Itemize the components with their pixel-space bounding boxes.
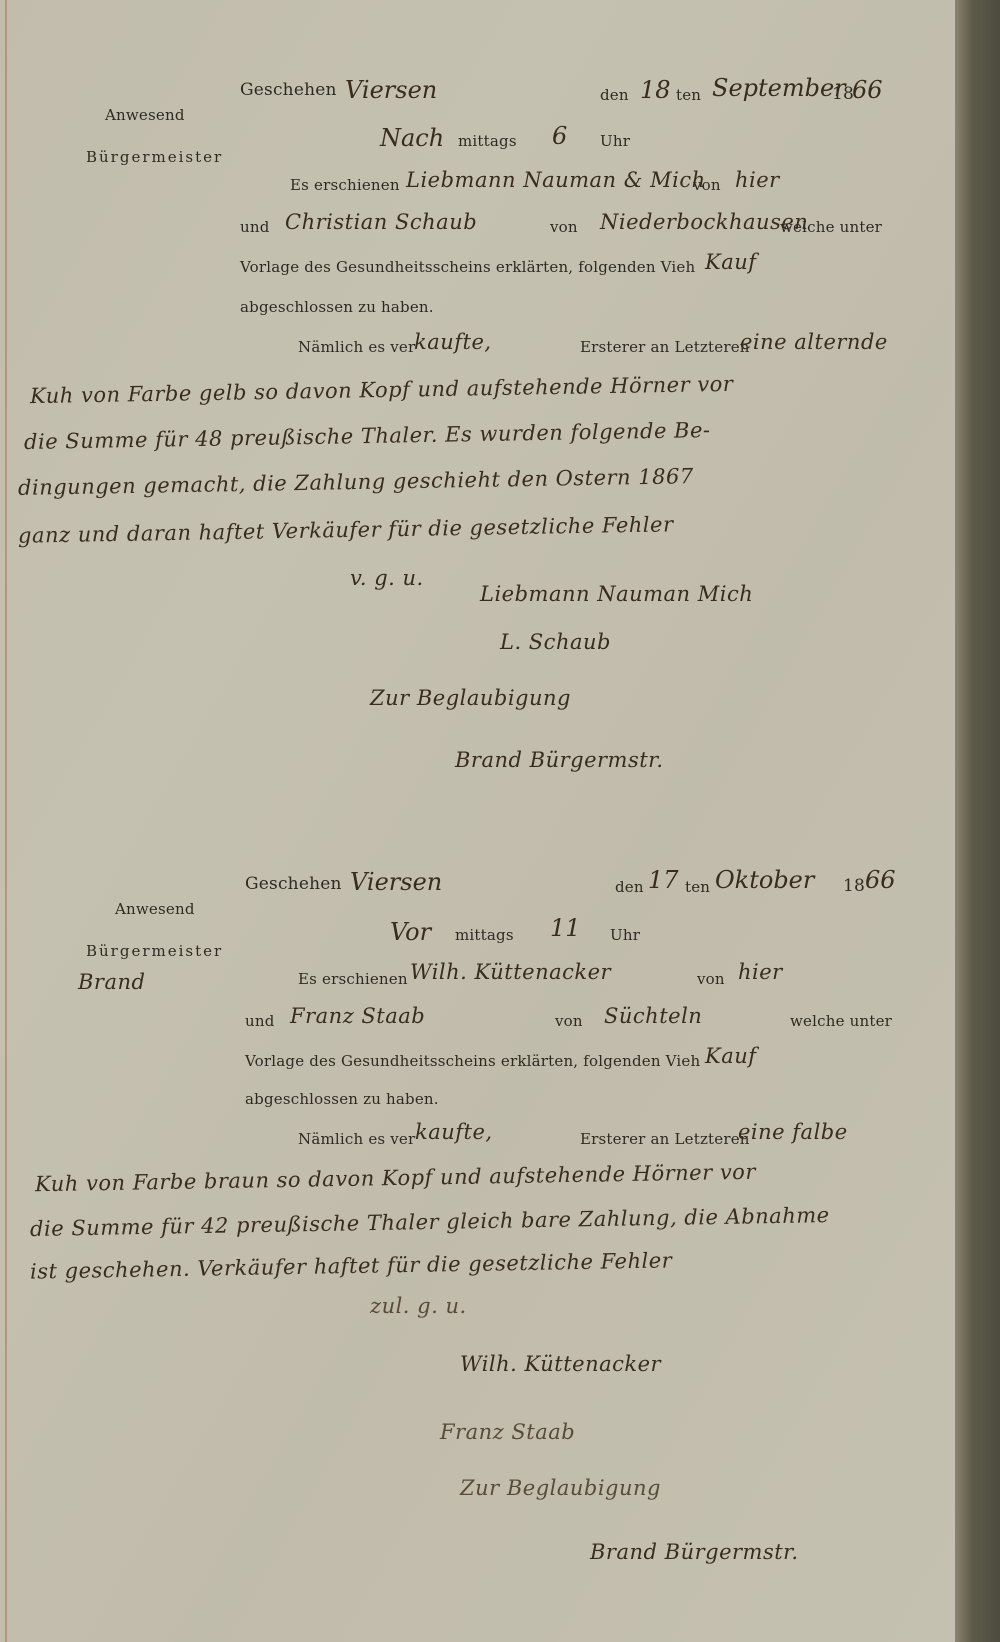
detail-line-2: die Summe für 42 preußische Thaler gleic… — [30, 1203, 830, 1241]
hour-label: Uhr — [600, 132, 630, 150]
signature-seller: Wilh. Küttenacker — [460, 1352, 661, 1376]
declaration-line-2: abgeschlossen zu haben. — [245, 1090, 439, 1108]
time-period-handwritten: Nach — [380, 124, 444, 152]
mayor-label: Bürgermeister — [86, 942, 223, 960]
day-suffix: ten — [676, 86, 701, 104]
certification-label: Zur Beglaubigung — [460, 1476, 661, 1500]
appeared-label: Es erschienen — [298, 970, 408, 988]
mayor-label: Bürgermeister — [86, 148, 223, 166]
direction-label: Ersterer an Letzteren — [580, 1130, 750, 1148]
year-printed: 18 — [832, 84, 854, 104]
document-page: Anwesend Bürgermeister Geschehen Viersen… — [0, 0, 955, 1642]
detail-line-3: ist geschehen. Verkäufer haftet für die … — [30, 1248, 673, 1283]
year-handwritten: 66 — [865, 866, 896, 894]
seller-from-label: von — [697, 970, 725, 988]
declaration-line-1: Vorlage des Gesundheitsscheins erklärten… — [240, 258, 695, 276]
namely-label: Nämlich es ver — [298, 338, 415, 356]
time-period-printed: mittags — [455, 926, 514, 944]
animal-handwritten: eine alternde — [740, 330, 888, 354]
signature-seller: Liebmann Nauman Mich — [480, 582, 753, 606]
closing-formula: v. g. u. — [350, 566, 424, 590]
month-handwritten: September — [712, 74, 846, 102]
seller-name-handwritten: Liebmann Nauman & Mich — [406, 168, 706, 192]
seller-place-handwritten: hier — [735, 168, 780, 192]
year-printed: 18 — [843, 876, 865, 896]
verb-handwritten: kaufte, — [415, 1120, 493, 1144]
verb-handwritten: kaufte, — [414, 330, 492, 354]
which-label: welche unter — [790, 1012, 892, 1030]
and-label: und — [245, 1012, 275, 1030]
place-handwritten: Viersen — [350, 868, 442, 896]
direction-label: Ersterer an Letzteren — [580, 338, 750, 356]
time-period-printed: mittags — [458, 132, 517, 150]
place-handwritten: Viersen — [345, 76, 437, 104]
day-prefix: den — [600, 86, 629, 104]
buyer-from-label: von — [555, 1012, 583, 1030]
seller-place-handwritten: hier — [738, 960, 783, 984]
declaration-line-2: abgeschlossen zu haben. — [240, 298, 434, 316]
done-label: Geschehen — [240, 80, 337, 100]
signature-buyer: L. Schaub — [500, 630, 611, 654]
signature-buyer: Franz Staab — [440, 1420, 575, 1444]
present-label: Anwesend — [105, 106, 185, 124]
book-binding-edge — [955, 0, 1000, 1642]
and-label: und — [240, 218, 270, 236]
signature-mayor: Brand Bürgermstr. — [455, 748, 664, 772]
hour-handwritten: 6 — [552, 122, 567, 150]
day-handwritten: 18 — [640, 76, 671, 104]
declaration-line-1: Vorlage des Gesundheitsscheins erklärten… — [245, 1052, 700, 1070]
day-prefix: den — [615, 878, 644, 896]
buyer-place-handwritten: Niederbockhausen — [600, 210, 808, 234]
certification-label: Zur Beglaubigung — [370, 686, 571, 710]
day-suffix: ten — [685, 878, 710, 896]
hour-label: Uhr — [610, 926, 640, 944]
seller-from-label: von — [693, 176, 721, 194]
buyer-name-handwritten: Franz Staab — [290, 1004, 425, 1028]
which-label: welche unter — [780, 218, 882, 236]
signature-mayor: Brand Bürgermstr. — [590, 1540, 799, 1564]
animal-handwritten: eine falbe — [738, 1120, 848, 1144]
buyer-place-handwritten: Süchteln — [604, 1004, 702, 1028]
month-handwritten: Oktober — [715, 866, 814, 894]
closing-formula: zul. g. u. — [370, 1294, 467, 1318]
buyer-from-label: von — [550, 218, 578, 236]
transaction-type-handwritten: Kauf — [705, 250, 757, 274]
transaction-type-handwritten: Kauf — [705, 1044, 757, 1068]
detail-line-1: Kuh von Farbe gelb so davon Kopf und auf… — [30, 372, 734, 408]
detail-line-2: die Summe für 48 preußische Thaler. Es w… — [24, 418, 711, 454]
done-label: Geschehen — [245, 874, 342, 894]
hour-handwritten: 11 — [550, 914, 581, 942]
detail-line-4: ganz und daran haftet Verkäufer für die … — [18, 512, 674, 547]
day-handwritten: 17 — [648, 866, 679, 894]
namely-label: Nämlich es ver — [298, 1130, 415, 1148]
mayor-name-handwritten: Brand — [78, 970, 145, 994]
year-handwritten: 66 — [852, 76, 883, 104]
detail-line-1: Kuh von Farbe braun so davon Kopf und au… — [35, 1160, 756, 1197]
seller-name-handwritten: Wilh. Küttenacker — [410, 960, 611, 984]
buyer-name-handwritten: Christian Schaub — [285, 210, 477, 234]
left-margin-rule — [5, 0, 7, 1642]
detail-line-3: dingungen gemacht, die Zahlung geschieht… — [18, 464, 694, 500]
appeared-label: Es erschienen — [290, 176, 400, 194]
time-period-handwritten: Vor — [390, 918, 431, 946]
present-label: Anwesend — [115, 900, 195, 918]
